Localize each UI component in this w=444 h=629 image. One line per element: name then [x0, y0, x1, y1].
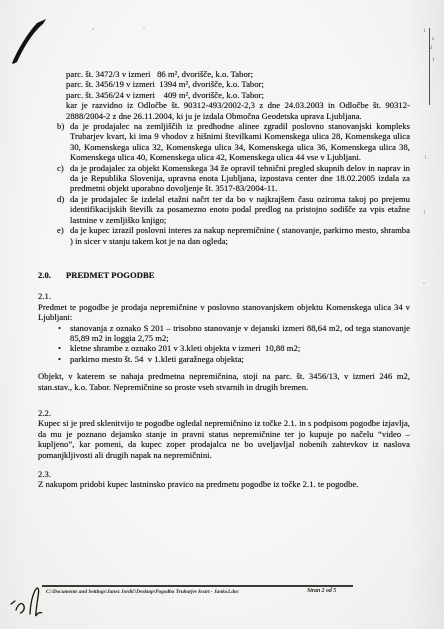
document-body: parc. št. 3472/3 v izmeri 86 m², dvorišč… — [38, 69, 410, 490]
scan-speck — [92, 28, 94, 30]
clause-number-2-2: 2.2. — [38, 408, 410, 418]
item-text: da je prodajalec na zemljiščih iz predho… — [70, 121, 410, 163]
item-text: da je prodajalec še izdelal etažni načrt… — [70, 194, 410, 225]
bullet-text: stanovanja z oznako S 201 – trisobno sta… — [70, 323, 410, 344]
lettered-item-d: d) da je prodajalec še izdelal etažni na… — [38, 194, 410, 225]
scan-edge-line — [429, 28, 430, 105]
bullet-icon: • — [58, 323, 70, 344]
parcel-line: parc. št. 3456/24 v izmeri 409 m², dvori… — [38, 90, 410, 100]
section-number: 2.0. — [38, 270, 66, 280]
scan-speck — [143, 27, 145, 29]
clause-2-1-closing: Objekt, v katerem se nahaja predmetna ne… — [38, 371, 410, 392]
bullet-item: • kletne shrambe z oznako 201 v 3.kleti … — [38, 343, 410, 353]
footer-rule — [42, 585, 353, 587]
section-heading: 2.0. PREDMET POGODBE — [38, 270, 410, 280]
margin-glyph: 1 — [423, 29, 426, 34]
footer-page-number: Stran 2 od 5 — [307, 588, 336, 594]
margin-glyph: 1 — [432, 58, 435, 63]
bullet-item: • parkirno mesto št. 54 v 1.kleti garažn… — [38, 354, 410, 364]
item-label: b) — [57, 121, 70, 163]
parcel-closing-paragraph: kar je razvidno iz Odločbe št. 90312-493… — [38, 100, 410, 121]
clause-2-3-text: Z nakupom pridobi kupec lastninsko pravi… — [38, 479, 410, 489]
bullet-text: kletne shrambe z oznako 201 v 3.kleti ob… — [70, 343, 410, 353]
scan-speck — [423, 282, 425, 284]
footer-file-path: C:\Documents and Settings\Janez Jordič\D… — [46, 589, 239, 595]
faint-margin-mark: 1 — [424, 155, 427, 161]
bullet-text: parkirno mesto št. 54 v 1.kleti garažneg… — [70, 354, 410, 364]
parcel-line: parc. št. 3456/19 v izmeri 1394 m², dvor… — [38, 79, 410, 89]
item-label: c) — [57, 163, 70, 194]
clause-2-1-intro: Predmet te pogodbe je prodaja nepremični… — [38, 302, 410, 323]
bullet-icon: • — [58, 354, 70, 364]
section-title: PREDMET POGODBE — [66, 270, 155, 280]
scanned-contract-page: 1 s 2 1 1 1 parc. št. 3472/3 v izmeri 86… — [0, 0, 444, 629]
parcel-line: parc. št. 3472/3 v izmeri 86 m², dvorišč… — [38, 69, 410, 79]
bullet-icon: • — [58, 343, 70, 353]
margin-glyph: 2 — [430, 46, 433, 51]
faint-margin-mark: 1 — [423, 210, 426, 216]
item-label: e) — [57, 225, 70, 246]
item-text: da je prodajalec za objekt Komenskega 34… — [70, 163, 410, 194]
clause-2-2-text: Kupec si je pred sklenitvijo te pogodbe … — [38, 418, 410, 460]
bullet-item: • stanovanja z oznako S 201 – trisobno s… — [38, 323, 410, 344]
clause-number-2-1: 2.1. — [38, 291, 410, 301]
lettered-item-e: e) da je kupec izrazil poslovni interes … — [38, 225, 410, 246]
lettered-item-c: c) da je prodajalec za objekt Komenskega… — [38, 163, 410, 194]
item-text: da je kupec izrazil poslovni interes za … — [70, 225, 410, 246]
pen-slash-mark — [10, 16, 50, 66]
clause-number-2-3: 2.3. — [38, 469, 410, 479]
lettered-item-b: b) da je prodajalec na zemljiščih iz pre… — [38, 121, 410, 163]
handwritten-paraph — [8, 580, 56, 624]
item-label: d) — [57, 194, 70, 225]
margin-glyph: s — [432, 37, 434, 42]
